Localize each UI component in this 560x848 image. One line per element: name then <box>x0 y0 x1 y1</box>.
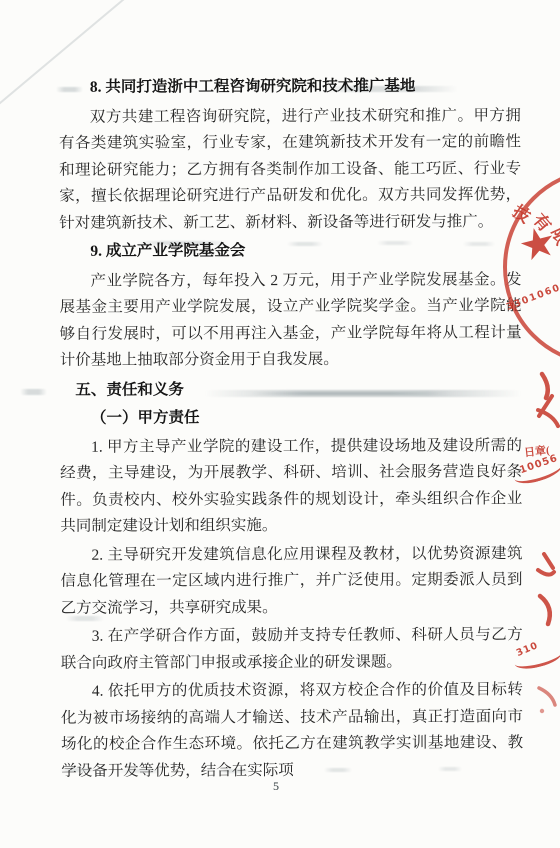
paragraph-party-a-duty-1: 1. 甲方主导产业学院的建设工作，提供建设场地及建设所需的经费，主导建设，为开展… <box>60 433 522 541</box>
stamp-ink-strokes <box>502 368 560 430</box>
scan-smudge <box>20 389 47 395</box>
heading-item-8: 8. 共同打造浙中工程咨询研究院和技术推广基地 <box>59 73 521 101</box>
subsection-heading-party-a: （一）甲方责任 <box>60 404 522 432</box>
paragraph-research-institute: 双方共建工程咨询研究院，进行产业技术研究和推广。甲方拥有各类建筑实验室，行业专家… <box>59 103 521 237</box>
paragraph-party-a-duty-3: 3. 在产学研合作方面，鼓励并支持专任教师、科研人员与乙方联合向政府主管部门申报… <box>61 622 523 677</box>
scanned-document-page: 8. 共同打造浙中工程咨询研究院和技术推广基地 双方共建工程咨询研究院，进行产业… <box>0 0 560 848</box>
stamp-ink-strokes <box>534 684 560 718</box>
heading-item-9: 9. 成立产业学院基金会 <box>59 237 521 265</box>
paragraph-party-a-duty-2: 2. 主导研究开发建筑信息化应用课程及教材，以优势资源建筑信息化管理在一定区域内… <box>60 541 522 622</box>
document-text-block: 8. 共同打造浙中工程咨询研究院和技术推广基地 双方共建工程咨询研究院，进行产业… <box>59 71 523 787</box>
paragraph-party-a-duty-4: 4. 依托甲方的优质技术资源，将双方校企合作的价值及目标转化为被市场接纳的高端人… <box>61 677 523 785</box>
section-heading-responsibilities: 五、责任和义务 <box>60 376 522 404</box>
paragraph-foundation-fund: 产业学院各方，每年投入 2 万元，用于产业学院发展基金。发展基金主要用产业学院发… <box>59 267 521 375</box>
page-number: 5 <box>266 779 286 794</box>
stamp-ink-strokes <box>526 550 560 634</box>
